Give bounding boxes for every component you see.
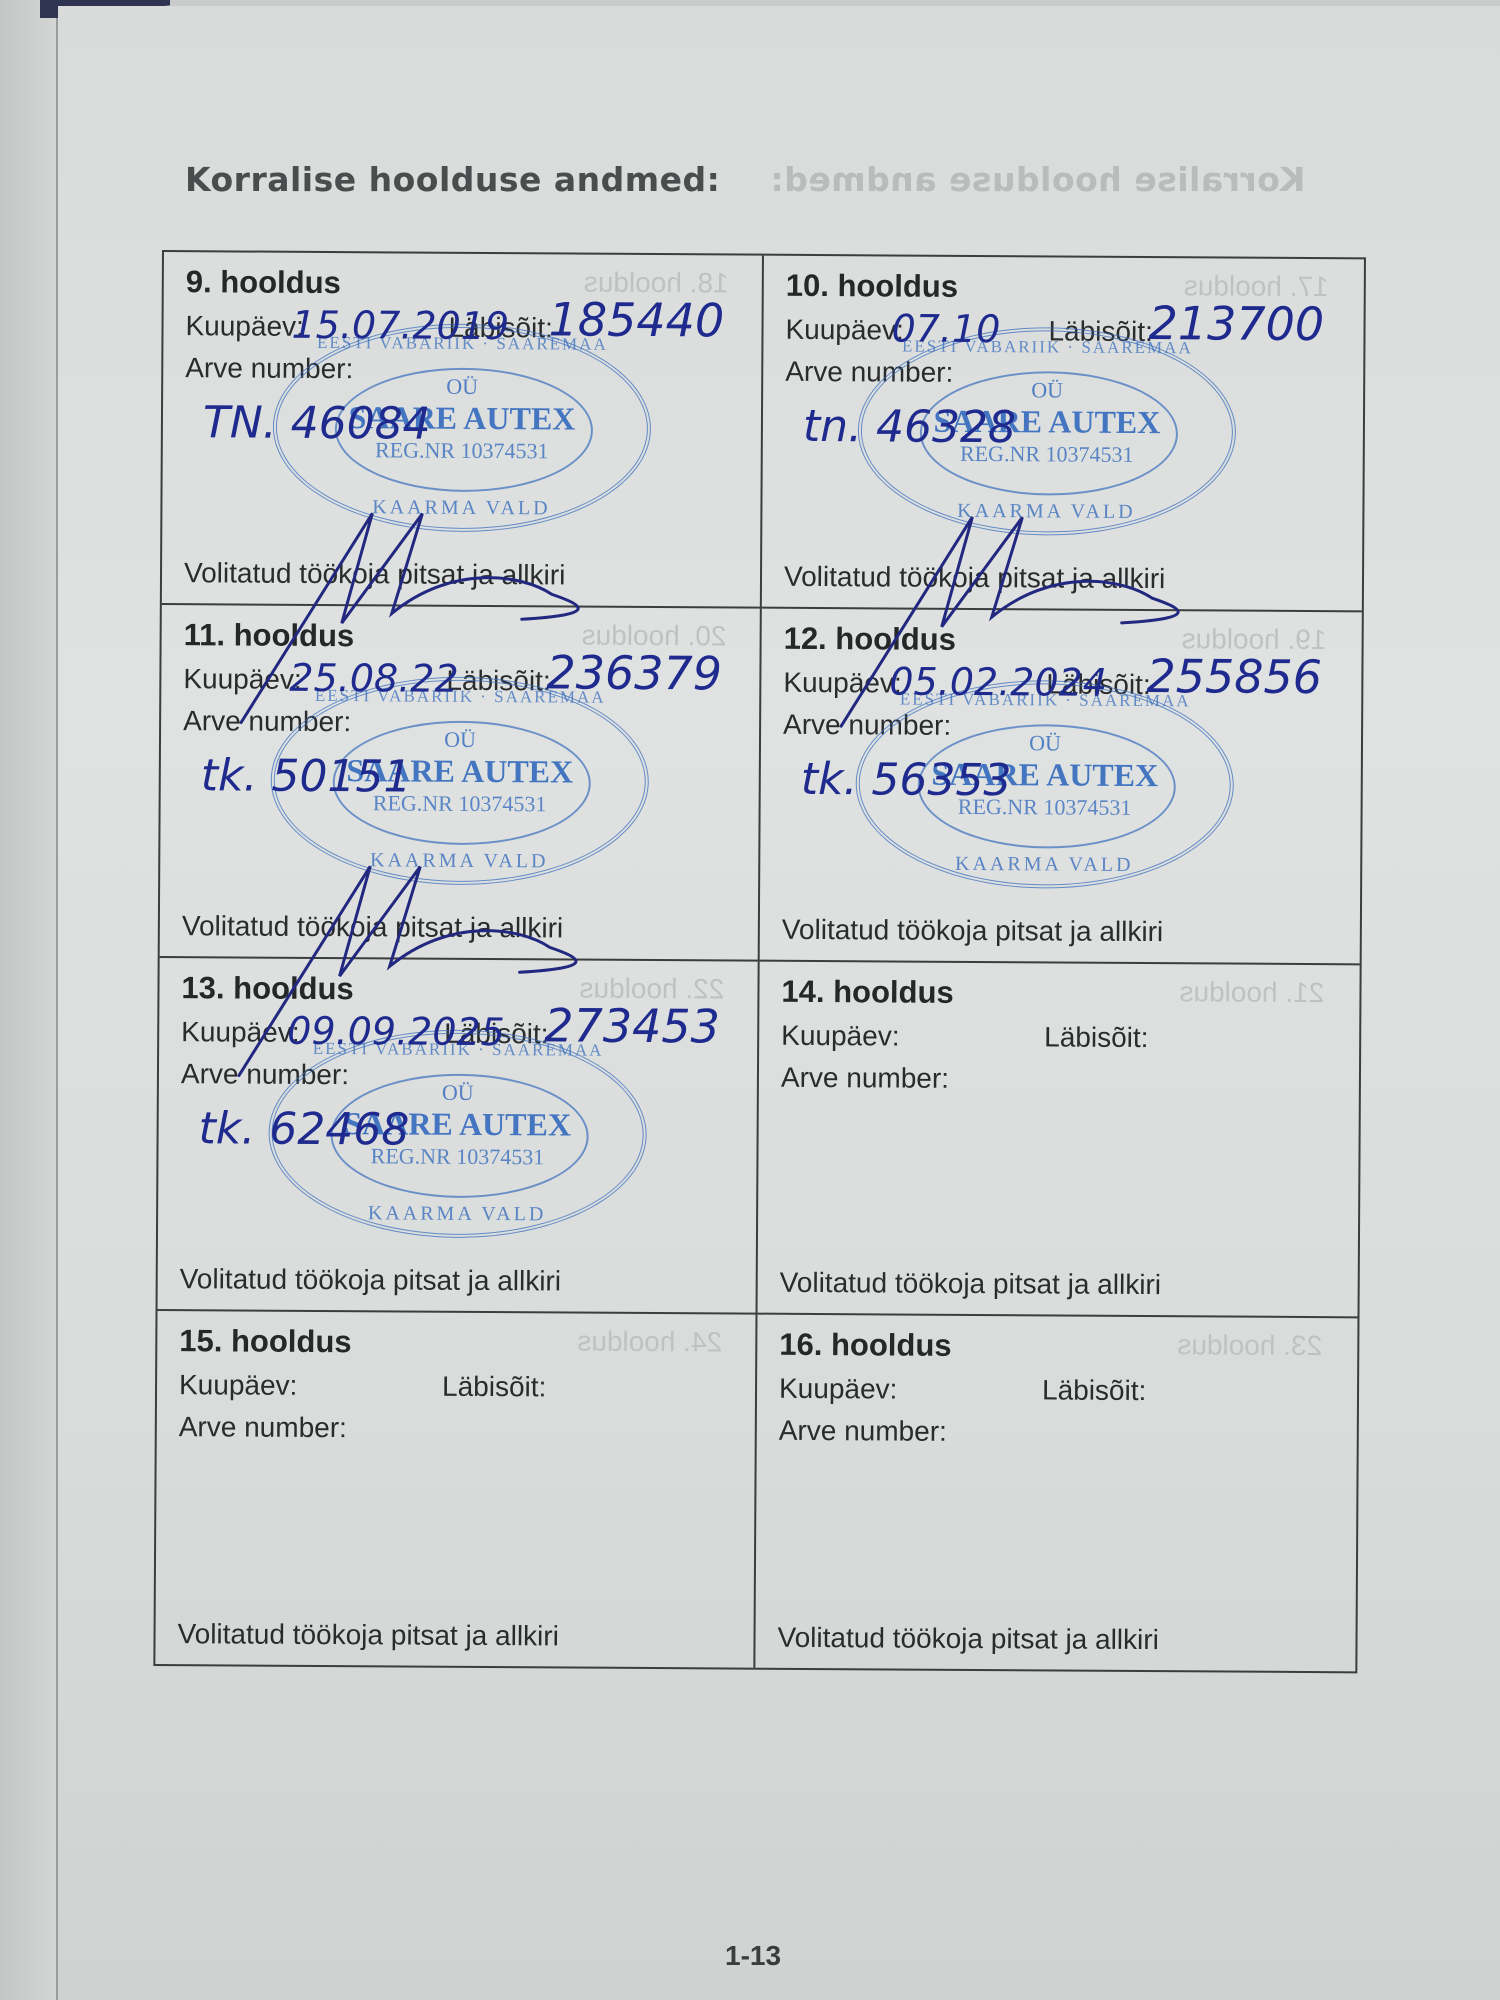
- invoice-label: Arve number:: [781, 1062, 949, 1095]
- stamp-bottom-text: KAARMA VALD: [272, 1202, 642, 1227]
- handwritten-date: 15.07.2019: [291, 303, 509, 348]
- stamp-company-type: OÜ: [275, 726, 645, 754]
- service-title: 16. hooldus: [779, 1327, 951, 1364]
- service-title: 9. hooldus: [186, 264, 341, 301]
- bleed-through-title: 24. hooldus: [577, 1326, 722, 1359]
- handwritten-mileage: 273453: [544, 998, 720, 1053]
- bleed-through-heading: Korralise hoolduse andmed:: [770, 160, 1305, 199]
- service-record: 21. hooldus 14. hooldus Kuupäev: Läbisõi…: [758, 962, 1360, 1319]
- service-title: 15. hooldus: [179, 1323, 351, 1360]
- bleed-through-title: 23. hooldus: [1177, 1329, 1322, 1362]
- handwritten-invoice: tk. 56353: [801, 754, 1012, 806]
- handwritten-invoice: TN. 46084: [203, 397, 431, 449]
- stamp-company-type: OÜ: [277, 373, 647, 401]
- signature-label: Volitatud töökoja pitsat ja allkiri: [180, 1263, 562, 1297]
- service-record: 18. hooldus 9. hooldus Kuupäev: Läbisõit…: [162, 252, 764, 609]
- handwritten-invoice: tn. 46328: [803, 401, 1016, 453]
- handwritten-date: 25.08.22: [289, 656, 458, 701]
- stamp-bottom-text: KAARMA VALD: [859, 852, 1229, 877]
- bleed-through-title: 21. hooldus: [1179, 976, 1324, 1009]
- previous-page-edge: [0, 0, 58, 2000]
- signature-label: Volitatud töökoja pitsat ja allkiri: [780, 1267, 1162, 1301]
- signature-label: Volitatud töökoja pitsat ja allkiri: [184, 557, 566, 591]
- service-title: 14. hooldus: [781, 974, 953, 1011]
- date-label: Kuupäev:: [179, 1369, 298, 1402]
- invoice-label: Arve number:: [179, 1411, 347, 1444]
- handwritten-date: 07.10: [891, 306, 1000, 351]
- service-record: 22. hooldus 13. hooldus Kuupäev: Läbisõi…: [158, 958, 760, 1315]
- invoice-label: Arve number:: [779, 1415, 947, 1448]
- handwritten-invoice: tk. 50151: [201, 750, 412, 802]
- mileage-label: Läbisõit:: [1042, 1374, 1146, 1407]
- signature-label: Volitatud töökoja pitsat ja allkiri: [782, 914, 1164, 948]
- stamp-company-type: OÜ: [273, 1079, 643, 1107]
- mileage-label: Läbisõit:: [442, 1371, 546, 1404]
- signature-label: Volitatud töökoja pitsat ja allkiri: [177, 1618, 559, 1652]
- service-title: 12. hooldus: [784, 621, 956, 658]
- page-heading: Korralise hoolduse andmed:: [185, 160, 720, 199]
- stamp-bottom-text: KAARMA VALD: [274, 849, 644, 874]
- service-records-grid: 18. hooldus 9. hooldus Kuupäev: Läbisõit…: [153, 250, 1366, 1673]
- stamp-bottom-text: KAARMA VALD: [861, 499, 1231, 524]
- handwritten-mileage: 213700: [1148, 296, 1324, 351]
- handwritten-mileage: 255856: [1146, 649, 1322, 704]
- date-label: Kuupäev:: [779, 1373, 898, 1406]
- service-record: 23. hooldus 16. hooldus Kuupäev: Läbisõi…: [755, 1315, 1357, 1672]
- stamp-company-type: OÜ: [860, 729, 1230, 757]
- date-label: Kuupäev:: [781, 1020, 900, 1053]
- handwritten-date: 05.02.2024: [889, 659, 1107, 704]
- service-title: 11. hooldus: [184, 617, 355, 654]
- stamp-bottom-text: KAARMA VALD: [276, 496, 646, 521]
- service-record: 19. hooldus 12. hooldus Kuupäev: Läbisõi…: [760, 609, 1362, 966]
- signature-label: Volitatud töökoja pitsat ja allkiri: [784, 561, 1166, 595]
- handwritten-invoice: tk. 62468: [198, 1103, 409, 1155]
- stamp-company-type: OÜ: [862, 376, 1232, 404]
- signature-label: Volitatud töökoja pitsat ja allkiri: [777, 1622, 1159, 1656]
- mileage-label: Läbisõit:: [1044, 1021, 1148, 1054]
- service-title: 10. hooldus: [786, 268, 958, 305]
- service-title: 13. hooldus: [181, 970, 353, 1007]
- service-record: 17. hooldus 10. hooldus Kuupäev: Läbisõi…: [762, 256, 1364, 613]
- handwritten-mileage: 185440: [548, 292, 724, 347]
- handwritten-date: 09.09.2025: [287, 1009, 505, 1054]
- signature-label: Volitatud töökoja pitsat ja allkiri: [182, 910, 564, 944]
- service-record: 20. hooldus 11. hooldus Kuupäev: Läbisõi…: [160, 605, 762, 962]
- service-record: 24. hooldus 15. hooldus Kuupäev: Läbisõi…: [155, 1311, 757, 1668]
- page-number: 1-13: [725, 1940, 781, 1972]
- handwritten-mileage: 236379: [546, 645, 722, 700]
